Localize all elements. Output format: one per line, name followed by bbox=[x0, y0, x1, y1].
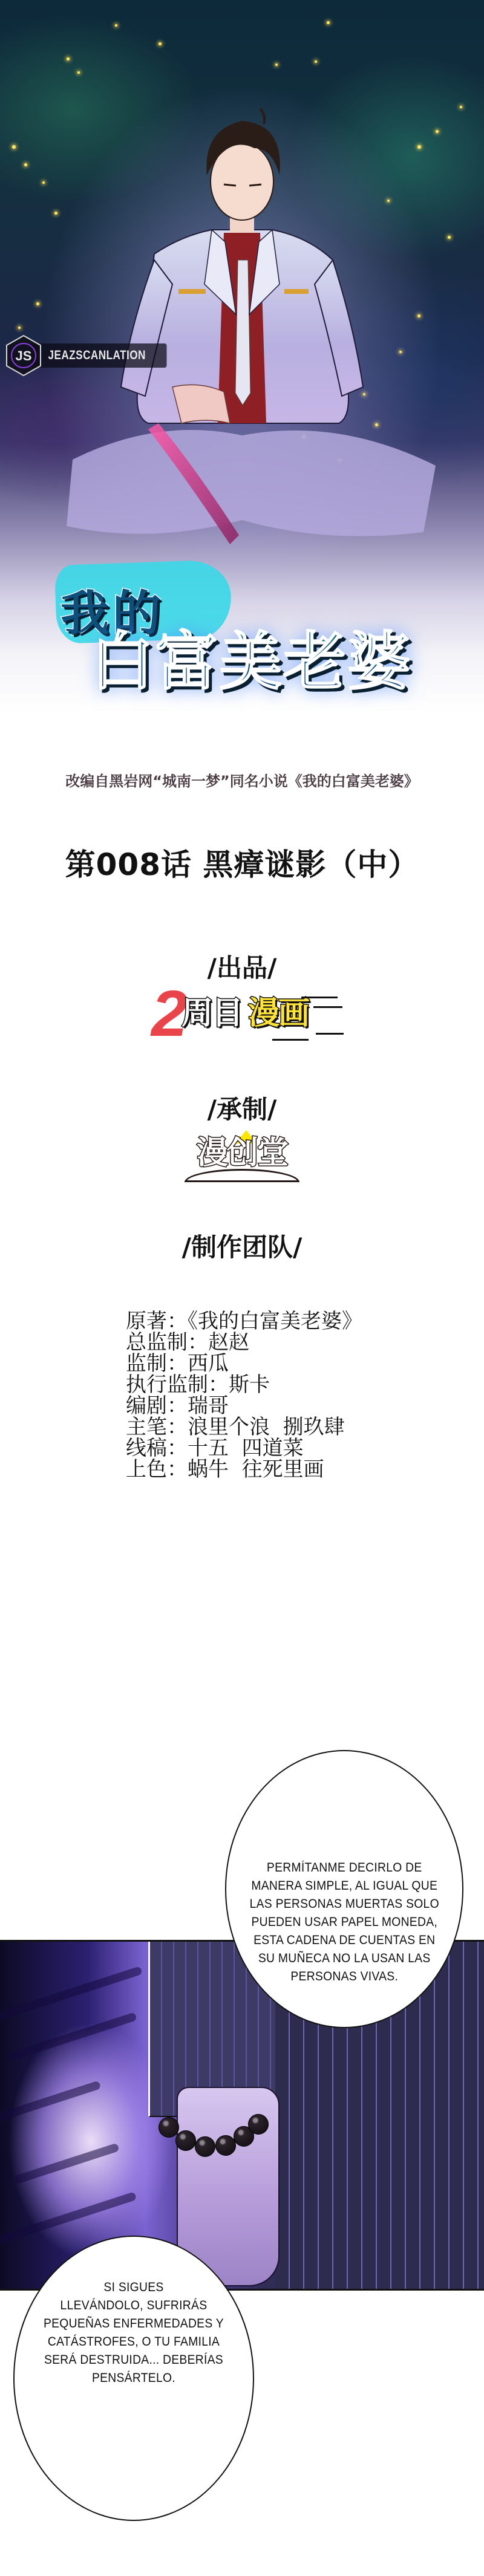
credit-row: 原著：《我的白富美老婆》 bbox=[126, 1311, 362, 1332]
speech-bubble-text: PERMÍTANME DECIRLO DE MANERA SIMPLE, AL … bbox=[249, 1859, 439, 1986]
credit-row: 主笔：浪里个浪 捌玖肆 bbox=[126, 1417, 362, 1438]
js-monogram-icon: JS bbox=[5, 334, 42, 377]
speech-bubble-1: PERMÍTANME DECIRLO DE MANERA SIMPLE, AL … bbox=[225, 1750, 463, 2028]
credit-row: 总监制：赵赵 bbox=[126, 1332, 362, 1353]
publisher-logo-2zhoumu: 2 周目 漫画 bbox=[151, 986, 345, 1046]
speech-bubble-text: SI SIGUES LLEVÁNDOLO, SUFRIRÁS PEQUEÑAS … bbox=[44, 2278, 224, 2387]
credit-row: 监制：西瓜 bbox=[126, 1353, 362, 1374]
chapter-title: 第008话 黑瘴谜影（中） bbox=[0, 841, 484, 884]
produced-by-heading: /出品/ bbox=[0, 948, 484, 984]
credits-list: 原著：《我的白富美老婆》 总监制：赵赵 监制：西瓜 执行监制：斯卡 编剧：瑞哥 … bbox=[126, 1311, 362, 1480]
title-logo-line2: 白富美老婆 bbox=[91, 611, 411, 701]
credit-row: 线稿：十五 四道菜 bbox=[126, 1438, 362, 1459]
made-by-heading: /承制/ bbox=[0, 1090, 484, 1126]
series-title-logo: 我的 白富美老婆 bbox=[0, 0, 484, 714]
svg-text:JS: JS bbox=[16, 348, 32, 363]
cover-art: JS JEAZSCANLATION 我的 白富美老婆 bbox=[0, 0, 484, 714]
credit-row: 编剧：瑞哥 bbox=[126, 1396, 362, 1417]
studio-logo-text: 漫创堂 bbox=[185, 1137, 299, 1169]
credit-row: 执行监制：斯卡 bbox=[126, 1374, 362, 1396]
team-heading: /制作团队/ bbox=[0, 1228, 484, 1264]
publisher-logo-part2: 漫画 bbox=[248, 998, 309, 1029]
adaptation-note: 改编自黑岩网“城南一梦”同名小说《我的白富美老婆》 bbox=[0, 769, 484, 790]
credit-row: 上色：蜗牛 往死里画 bbox=[126, 1459, 362, 1480]
speech-bubble-2: SI SIGUES LLEVÁNDOLO, SUFRIRÁS PEQUEÑAS … bbox=[13, 2236, 254, 2521]
studio-logo-manchuangtang: 漫创堂 bbox=[185, 1134, 299, 1182]
publisher-logo-part1: 周目 bbox=[181, 998, 242, 1029]
